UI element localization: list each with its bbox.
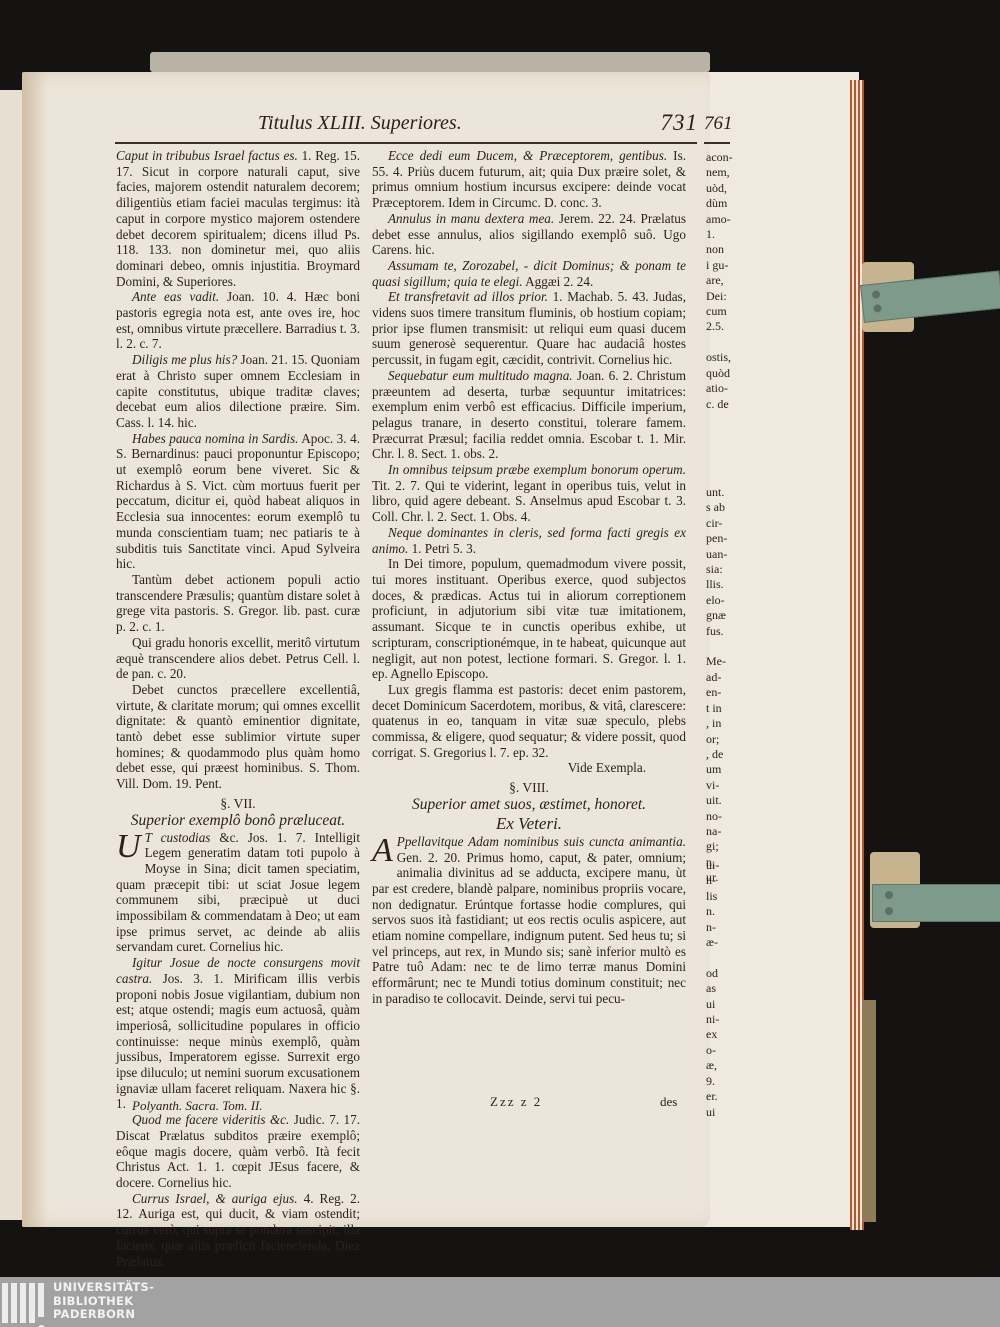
library-footer-bar: UNIVERSITÄTS- BIBLIOTHEK PADERBORN: [0, 1277, 1000, 1327]
paragraph: Caput in tribubus Israel factus es. 1. R…: [116, 148, 360, 289]
signature-mark: Zzz z 2: [490, 1094, 542, 1110]
paragraph: Tantùm debet actionem populi actio trans…: [116, 572, 360, 635]
paragraph: Assumam te, Zorozabel, - dicit Dominus; …: [372, 258, 686, 289]
paragraph: Neque dominantes in cleris, sed forma fa…: [372, 525, 686, 556]
next-page-text-bottom: ui- n- lis n. n- æ- od as ui ni- ex o- æ…: [706, 858, 719, 1120]
catchword: des: [660, 1094, 677, 1110]
paragraph: Ante eas vadit. Joan. 10. 4. Hæc boni pa…: [116, 289, 360, 352]
gutter-shadow: [22, 72, 48, 1227]
vide-exempla-note: Vide Exempla.: [372, 760, 686, 776]
paragraph: In omnibus teipsum præbe exemplum bonoru…: [372, 462, 686, 525]
rivet-icon: [872, 290, 881, 299]
footer-title: Polyanth. Sacra. Tom. II.: [132, 1098, 263, 1114]
drop-cap: A: [372, 836, 393, 866]
paragraph: Sequebatur eum multitudo magna. Joan. 6.…: [372, 368, 686, 462]
book-cover-top-edge: [150, 52, 710, 72]
library-logo-text: UNIVERSITÄTS- BIBLIOTHEK PADERBORN: [53, 1281, 154, 1322]
section-number: §. VIII.: [372, 780, 686, 796]
paragraph: Lux gregis flamma est pastoris: decet en…: [372, 682, 686, 761]
next-page-rule: [704, 142, 730, 144]
section-number: §. VII.: [116, 796, 360, 812]
next-page-number: 761: [704, 113, 733, 135]
section-opening: UT custodias &c. Jos. 1. 7. Intelligit L…: [116, 830, 360, 956]
rivet-icon: [873, 304, 882, 313]
book-board-edge: [862, 1000, 876, 1222]
running-head-title: Titulus XLIII. Superiores.: [258, 112, 462, 135]
section-title: Superior amet suos, æstimet, honoret.: [372, 796, 686, 814]
paragraph: Habes pauca nomina in Sardis. Apoc. 3. 4…: [116, 431, 360, 572]
section-subtitle: Ex Veteri.: [372, 814, 686, 834]
paragraph: Quod me facere videritis &c. Judic. 7. 1…: [116, 1112, 360, 1191]
paragraph: Currus Israel, & auriga ejus. 4. Reg. 2.…: [116, 1191, 360, 1270]
next-page-text-middle: unt. s ab cir- pen- uan- sia: llis. elo-…: [706, 485, 727, 886]
section-title: Superior exemplô bonô præluceat.: [116, 812, 360, 830]
running-head: Titulus XLIII. Superiores. 731: [108, 112, 698, 138]
section-opening: APpellavitque Adam nominibus suis cuncta…: [372, 834, 686, 1007]
rivet-icon: [885, 907, 893, 915]
clasp-metal-bottom: [872, 884, 1000, 922]
paragraph: Qui gradu honoris excellit, meritô virtu…: [116, 635, 360, 682]
right-column: Ecce dedi eum Ducem, & Præceptorem, gent…: [372, 148, 686, 1007]
header-rule: [115, 142, 697, 144]
paragraph: Et transfretavit ad illos prior. 1. Mach…: [372, 289, 686, 368]
paragraph: Diligis me plus his? Joan. 21. 15. Quoni…: [116, 352, 360, 431]
drop-cap: U: [116, 832, 141, 862]
page-number: 731: [661, 110, 699, 136]
paragraph: Igitur Josue de nocte consurgens movit c…: [116, 955, 360, 1112]
paragraph: Debet cunctos præcellere excellentiâ, vi…: [116, 682, 360, 792]
paragraph: Annulus in manu dextera mea. Jerem. 22. …: [372, 211, 686, 258]
paragraph: Ecce dedi eum Ducem, & Præceptorem, gent…: [372, 148, 686, 211]
next-page-text-top: acon- nem, uòd, dùm amo- 1. non i gu- ar…: [706, 150, 733, 412]
paragraph: In Dei timore, populum, quemadmodum vive…: [372, 556, 686, 682]
library-logo-icon: [2, 1283, 44, 1327]
rivet-icon: [885, 891, 893, 899]
scan-background: 761 acon- nem, uòd, dùm amo- 1. non i gu…: [0, 0, 1000, 1277]
